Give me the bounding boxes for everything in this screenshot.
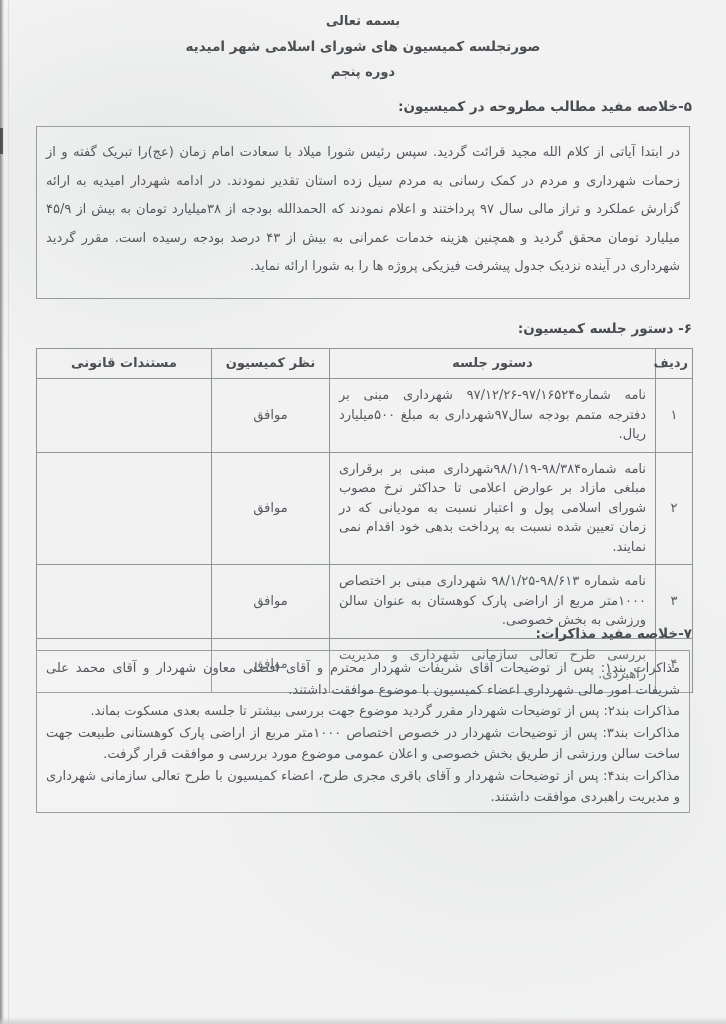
cell-row-no: ۲ bbox=[656, 452, 693, 565]
agenda-table-header-row: ردیف دستور جلسه نظر کمیسیون مستندات قانو… bbox=[37, 349, 693, 379]
council-term: دوره پنجم bbox=[0, 65, 726, 80]
scan-artifact-mark bbox=[0, 128, 3, 154]
column-header-agenda: دستور جلسه bbox=[330, 349, 656, 379]
commission-summary-box: در ابتدا آیاتی از کلام الله مجید قرائت گ… bbox=[36, 126, 690, 299]
section7-heading: ۷-خلاصه مفید مذاکرات: bbox=[536, 626, 692, 642]
negotiation-item: مذاکرات بند۴: پس از توضیحات شهردار و آقا… bbox=[46, 766, 680, 809]
scanned-document-page: بسمه تعالی صورتجلسه کمیسیون های شورای اس… bbox=[0, 0, 726, 1024]
negotiation-item: مذاکرات بند۱: پس از توضیحات آقای شریفات … bbox=[46, 658, 680, 701]
negotiation-item: مذاکرات بند۳: پس از توضیحات شهردار در خص… bbox=[46, 723, 680, 766]
document-title: صورتجلسه کمیسیون های شورای اسلامی شهر ام… bbox=[0, 39, 726, 55]
table-row: ۱ نامه شماره۹۷/۱۶۵۲۴-۹۷/۱۲/۲۶ شهرداری مب… bbox=[37, 379, 693, 453]
cell-legal-docs bbox=[37, 379, 212, 453]
cell-agenda: نامه شماره۹۸/۳۸۴-۹۸/۱/۱۹شهرداری مبنی بر … bbox=[330, 452, 656, 565]
negotiations-summary-box: مذاکرات بند۱: پس از توضیحات آقای شریفات … bbox=[36, 650, 690, 813]
column-header-row-no: ردیف bbox=[656, 349, 693, 379]
cell-opinion: موافق bbox=[212, 452, 330, 565]
column-header-commission-opinion: نظر کمیسیون bbox=[212, 349, 330, 379]
cell-agenda: نامه شماره۹۷/۱۶۵۲۴-۹۷/۱۲/۲۶ شهرداری مبنی… bbox=[330, 379, 656, 453]
besmele-line: بسمه تعالی bbox=[0, 14, 726, 29]
section5-heading: ۵-خلاصه مفید مطالب مطروحه در کمیسیون: bbox=[398, 99, 692, 115]
negotiation-item: مذاکرات بند۲: پس از توضیحات شهردار مقرر … bbox=[46, 701, 680, 723]
document-header: بسمه تعالی صورتجلسه کمیسیون های شورای اس… bbox=[0, 14, 726, 80]
cell-opinion: موافق bbox=[212, 379, 330, 453]
cell-legal-docs bbox=[37, 565, 212, 639]
section6-heading: ۶- دستور جلسه کمیسیون: bbox=[518, 321, 692, 337]
cell-opinion: موافق bbox=[212, 565, 330, 639]
table-row: ۲ نامه شماره۹۸/۳۸۴-۹۸/۱/۱۹شهرداری مبنی ب… bbox=[37, 452, 693, 565]
column-header-legal-docs: مستندات قانونی bbox=[37, 349, 212, 379]
scan-crease-line bbox=[8, 0, 9, 1024]
cell-row-no: ۱ bbox=[656, 379, 693, 453]
commission-summary-text: در ابتدا آیاتی از کلام الله مجید قرائت گ… bbox=[46, 139, 680, 282]
scan-bottom-edge-shadow bbox=[0, 1017, 726, 1024]
cell-legal-docs bbox=[37, 452, 212, 565]
